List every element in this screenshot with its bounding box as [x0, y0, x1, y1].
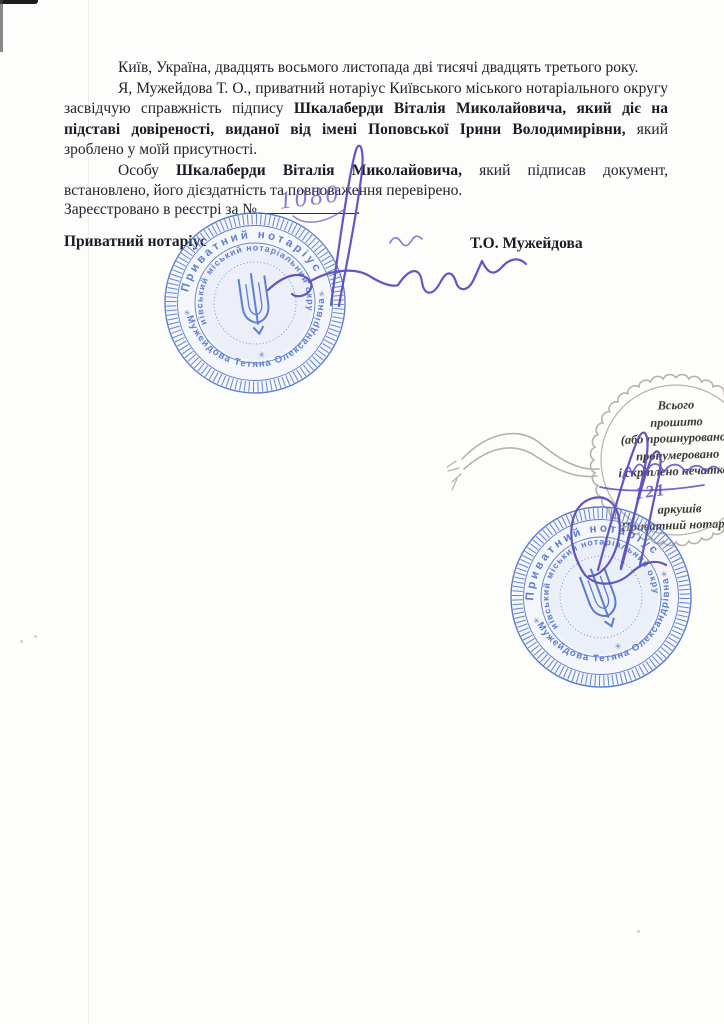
thread-seal-text: Всього прошито (або прошнуровано), прону… [592, 394, 724, 536]
paragraph-notary-certification: Я, Мужейдова Т. О., приватний нотаріус К… [64, 79, 668, 161]
scan-artifact-edge [0, 0, 3, 52]
paragraph-date: Київ, Україна, двадцять восьмого листопа… [64, 58, 668, 79]
notary-title: Приватний нотаріус [64, 233, 207, 251]
identity-text: Особу [118, 162, 176, 179]
notary-seal-1 [153, 201, 356, 404]
registry-period: . [356, 201, 360, 218]
binding-thread [447, 434, 599, 490]
sheet-count-handwritten: 121 [634, 481, 667, 502]
registry-label: Зареєстровано в реєстрі за № [64, 201, 257, 218]
scan-speck [20, 640, 23, 643]
scan-artifact-corner [0, 0, 38, 4]
document-scan: Київ, Україна, двадцять восьмого листопа… [0, 0, 724, 1024]
scan-speck [637, 930, 640, 933]
document-body: Київ, Україна, двадцять восьмого листопа… [64, 58, 668, 202]
signer-name-bold: Шкалаберди Віталія Миколайовича, [176, 162, 462, 179]
paragraph-identity: Особу Шкалаберди Віталія Миколайовича, я… [64, 161, 668, 202]
notary-name: Т.О. Мужейдова [470, 235, 583, 253]
date-line: Київ, Україна, двадцять восьмого листопа… [118, 59, 638, 76]
scan-speck [34, 635, 37, 638]
